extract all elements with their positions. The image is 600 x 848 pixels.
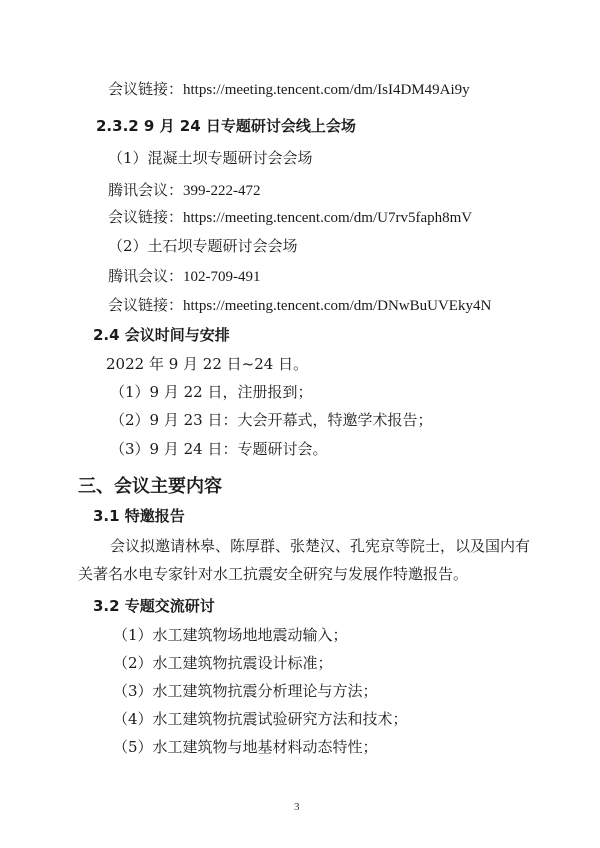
schedule-item: （2）9 月 23 日：大会开幕式，特邀学术报告； bbox=[110, 410, 432, 430]
meeting-id-value: 102-709-491 bbox=[183, 269, 261, 285]
heading-2-3-2: 2.3.2 9 月 24 日专题研讨会线上会场 bbox=[96, 116, 356, 136]
paragraph-invited-reports-line-2: 关著名水电专家针对水工抗震安全研究与发展作特邀报告。 bbox=[78, 564, 468, 584]
schedule-item: （3）9 月 24 日：专题研讨会。 bbox=[110, 439, 327, 459]
heading-3-2: 3.2 专题交流研讨 bbox=[93, 596, 215, 616]
topic-item: （1）水工建筑物场地地震动输入； bbox=[113, 625, 348, 645]
meeting-link-line-2: 会议链接：https://meeting.tencent.com/dm/U7rv… bbox=[108, 207, 472, 228]
schedule-item: （1）9 月 22 日，注册报到； bbox=[110, 382, 312, 402]
tencent-meeting-id-line-1: 腾讯会议：399-222-472 bbox=[108, 180, 261, 201]
meeting-id-label: 腾讯会议： bbox=[108, 267, 183, 285]
link-label: 会议链接： bbox=[108, 296, 183, 314]
tencent-meeting-id-line-2: 腾讯会议：102-709-491 bbox=[108, 266, 261, 287]
venue-concrete-dam: （1）混凝土坝专题研讨会会场 bbox=[108, 148, 313, 168]
heading-section-3: 三、会议主要内容 bbox=[78, 477, 222, 497]
page-number: 3 bbox=[294, 801, 300, 813]
conference-dates: 2022 年 9 月 22 日~24 日。 bbox=[106, 354, 308, 374]
heading-2-4: 2.4 会议时间与安排 bbox=[93, 325, 230, 345]
topic-item: （3）水工建筑物抗震分析理论与方法； bbox=[113, 681, 378, 701]
paragraph-invited-reports-line-1: 会议拟邀请林皋、陈厚群、张楚汉、孔宪京等院士，以及国内有 bbox=[110, 536, 530, 556]
meeting-link-url[interactable]: https://meeting.tencent.com/dm/DNwBuUVEk… bbox=[183, 298, 491, 314]
heading-3-1: 3.1 特邀报告 bbox=[93, 506, 185, 526]
meeting-link-line-1: 会议链接：https://meeting.tencent.com/dm/IsI4… bbox=[108, 79, 470, 100]
link-label: 会议链接： bbox=[108, 80, 183, 98]
topic-item: （2）水工建筑物抗震设计标准； bbox=[113, 653, 333, 673]
meeting-link-line-3: 会议链接：https://meeting.tencent.com/dm/DNwB… bbox=[108, 295, 491, 316]
topic-item: （5）水工建筑物与地基材料动态特性； bbox=[113, 737, 378, 757]
meeting-id-value: 399-222-472 bbox=[183, 183, 261, 199]
meeting-link-url[interactable]: https://meeting.tencent.com/dm/U7rv5faph… bbox=[183, 210, 472, 226]
meeting-id-label: 腾讯会议： bbox=[108, 181, 183, 199]
link-label: 会议链接： bbox=[108, 208, 183, 226]
topic-item: （4）水工建筑物抗震试验研究方法和技术； bbox=[113, 709, 408, 729]
meeting-link-url[interactable]: https://meeting.tencent.com/dm/IsI4DM49A… bbox=[183, 82, 470, 98]
venue-earth-rock-dam: （2）土石坝专题研讨会会场 bbox=[108, 236, 298, 256]
